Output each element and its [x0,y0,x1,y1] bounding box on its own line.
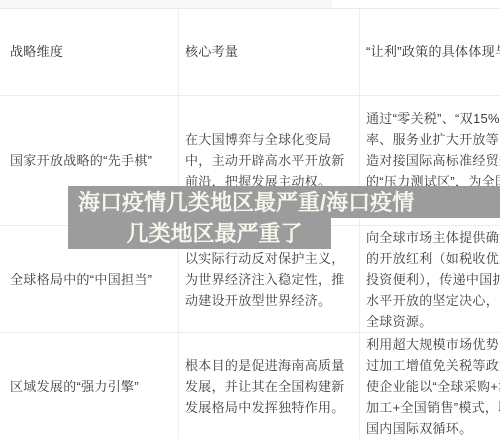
cell-dimension: 区域发展的“强力引擎” [0,333,179,439]
header-consideration: 核心考量 [179,9,360,96]
header-policy: “让利”政策的具体体现与作用 [360,9,500,96]
table-header-row: 战略维度 核心考量 “让利”政策的具体体现与作用 [0,9,500,96]
cell-policy: 利用超大规模市场优势，通过加工增值免关税等政策，使企业能以“全球采购+海南加工+… [360,333,500,439]
header-dimension: 战略维度 [0,9,179,96]
document-page: 战略维度 核心考量 “让利”政策的具体体现与作用 国家开放战略的“先手棋” 在大… [0,0,500,439]
top-edge-band [0,0,332,8]
overlay-title-line1[interactable]: 海口疫情几类地区最严重/海口疫情 [68,186,500,218]
cell-consideration: 根本目的是促进海南高质量发展，并让其在全国构建新发展格局中发挥独特作用。 [179,333,360,439]
overlay-title-line2[interactable]: 几类地区最严重了 [68,218,331,249]
table-row: 区域发展的“强力引擎” 根本目的是促进海南高质量发展，并让其在全国构建新发展格局… [0,333,500,439]
news-title-overlay[interactable]: 海口疫情几类地区最严重/海口疫情 几类地区最严重了 [68,186,500,249]
